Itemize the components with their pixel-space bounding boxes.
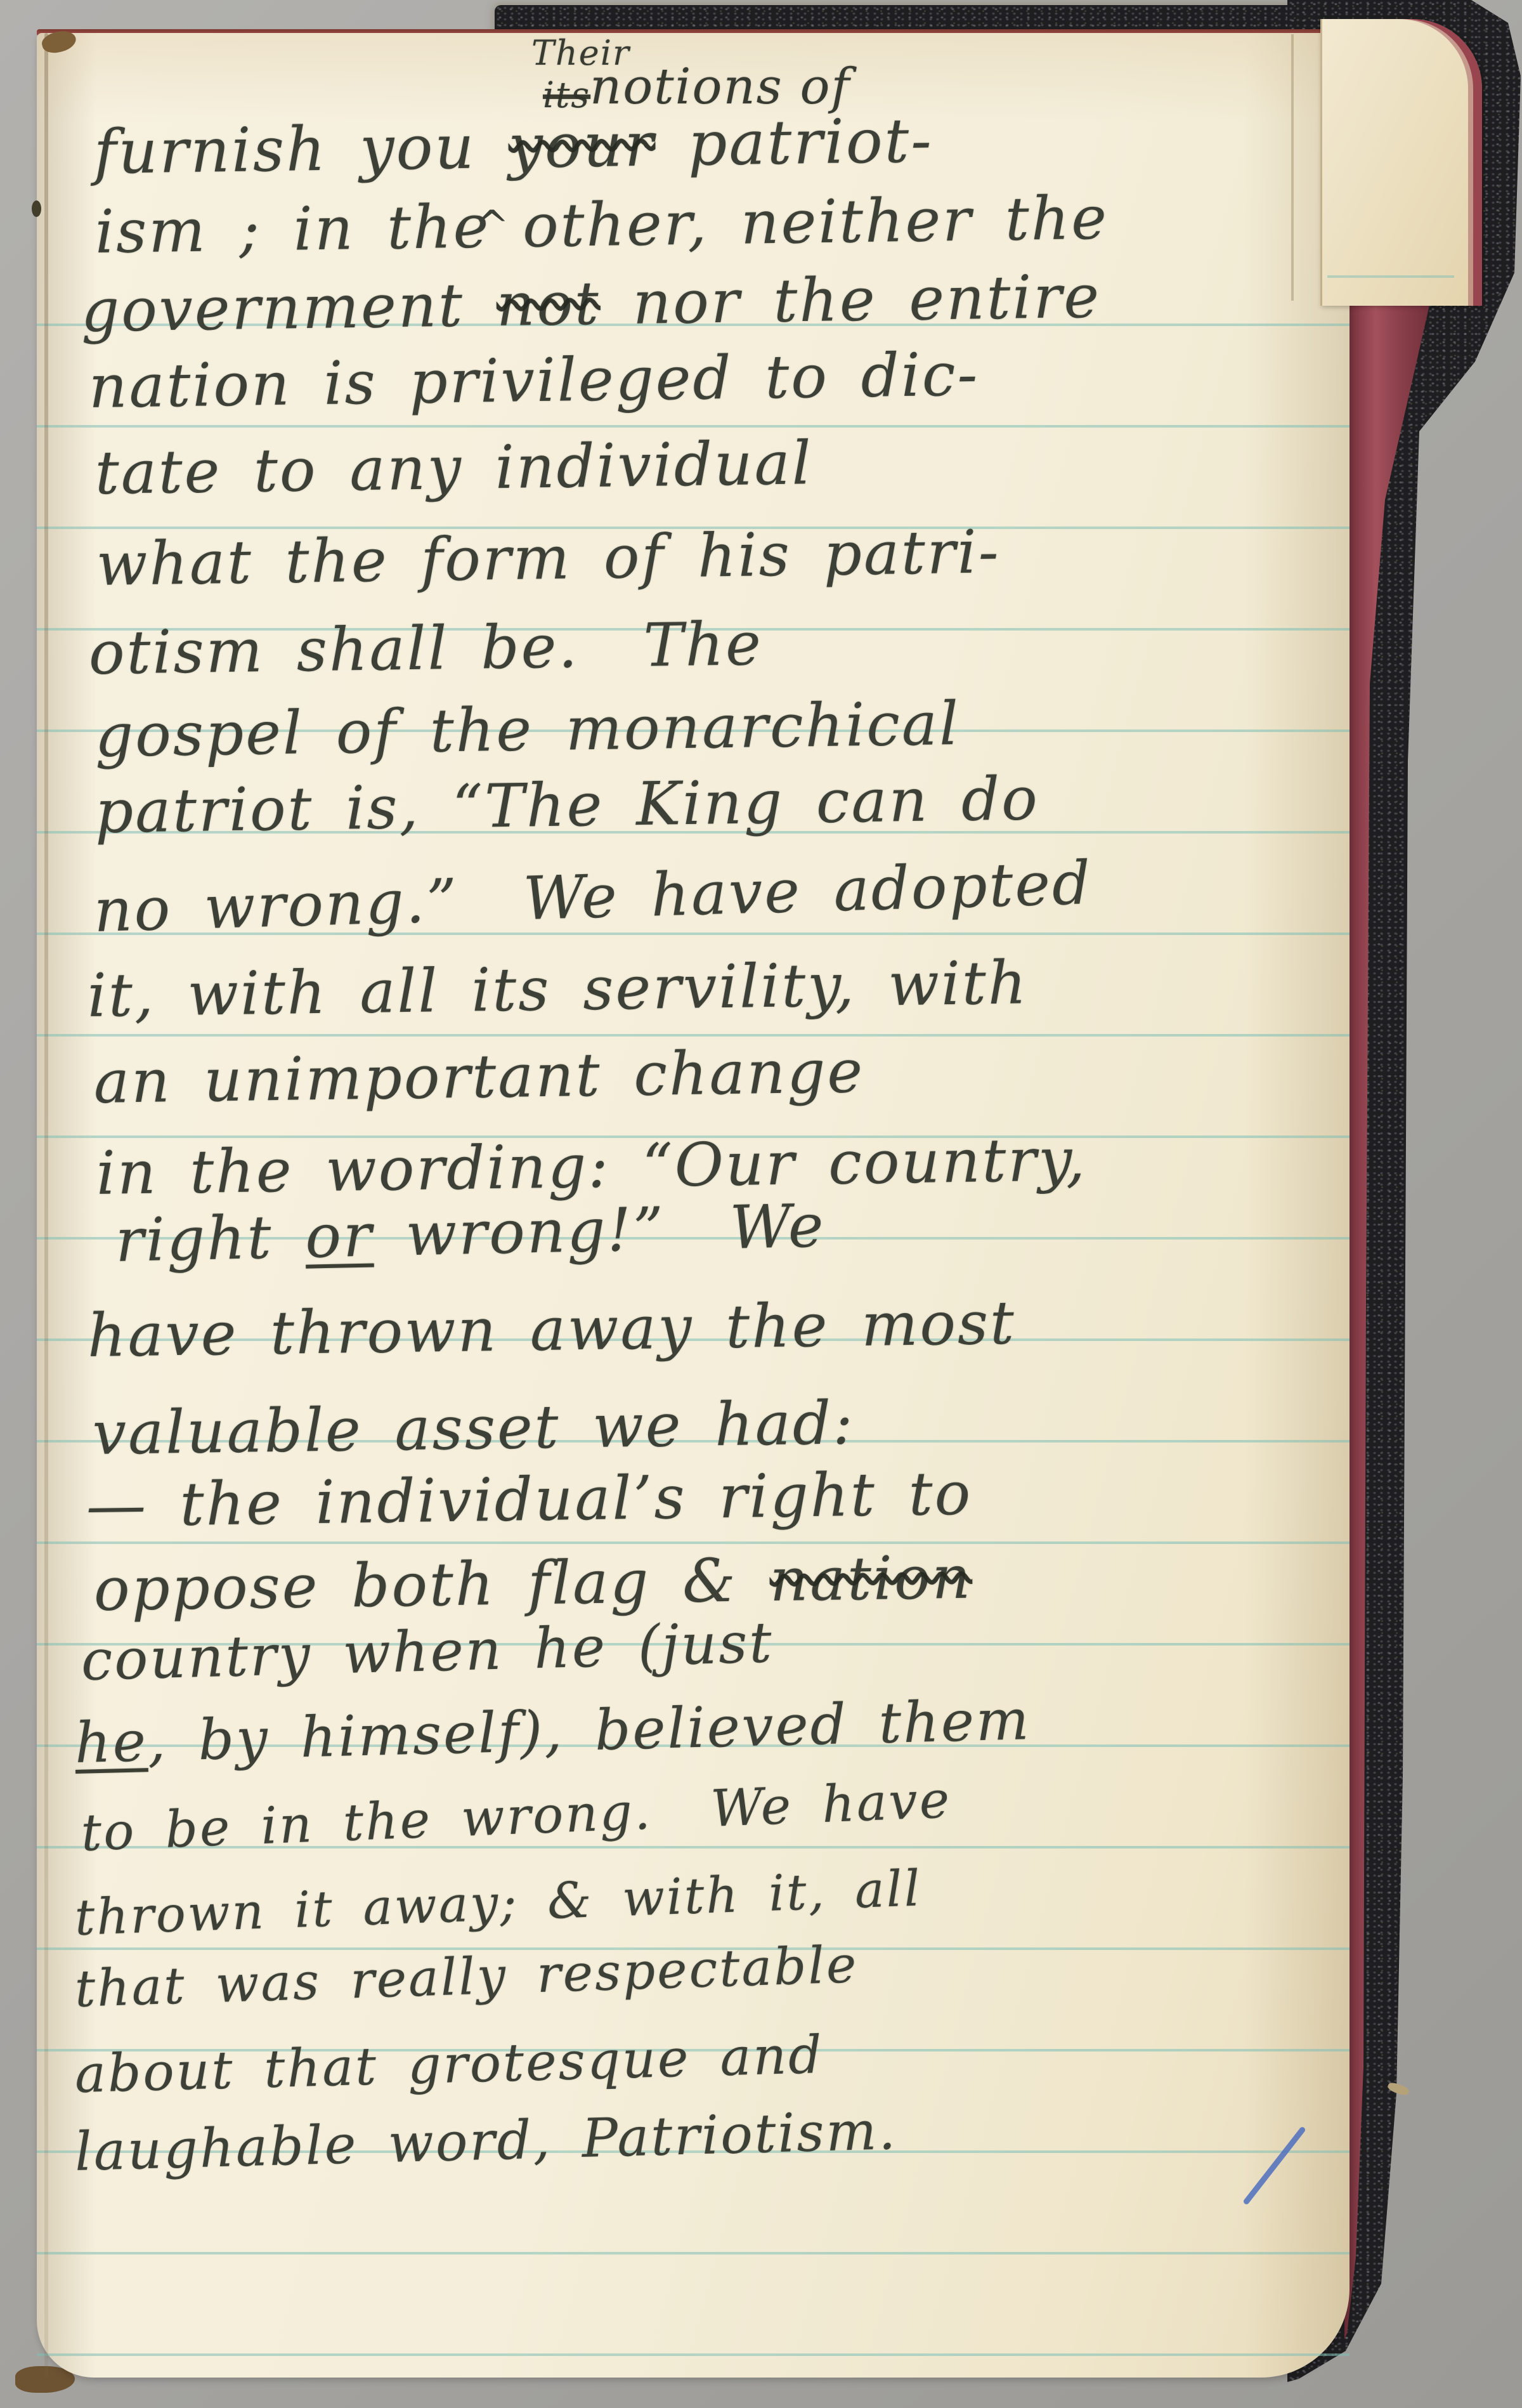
manuscript-line: otism shall be. The bbox=[88, 613, 763, 686]
manuscript-text: furnish you bbox=[93, 111, 509, 188]
manuscript-line: government not nor the entire bbox=[81, 266, 1101, 343]
manuscript-line: tate to any individual bbox=[94, 433, 813, 505]
manuscript-text: have thrown away the most bbox=[87, 1289, 1016, 1371]
manuscript-strike-heavy-word: your bbox=[508, 109, 656, 182]
next-leaf-ruled-line bbox=[1327, 275, 1454, 278]
manuscript-line: oppose both flag & nation bbox=[93, 1547, 973, 1622]
manuscript-text: valuable asset we had: bbox=[92, 1389, 855, 1469]
manuscript-line: an unimportant change bbox=[93, 1041, 864, 1115]
manuscript-line: gospel of the monarchical bbox=[94, 693, 960, 768]
next-leaf-corner bbox=[1320, 19, 1482, 306]
manuscript-line: have thrown away the most bbox=[87, 1293, 1016, 1368]
manuscript-text: right bbox=[115, 1203, 306, 1276]
manuscript-text: wrong!” We bbox=[373, 1192, 826, 1271]
manuscript-line: patriot is, “The King can do bbox=[94, 768, 1039, 844]
torn-edge-crease bbox=[1291, 34, 1294, 301]
manuscript-text: otism shall be. The bbox=[88, 610, 763, 688]
gutter-crease bbox=[44, 33, 48, 2378]
manuscript-text: ism ; in the other, neither the bbox=[94, 184, 1109, 267]
manuscript-line: — the individual’s right to bbox=[86, 1463, 973, 1538]
manuscript-line: nation is privileged to dic- bbox=[88, 344, 980, 419]
manuscript-text: tate to any individual bbox=[94, 429, 813, 508]
manuscript-line: it, with all its servility, with bbox=[87, 952, 1029, 1028]
manuscript-line: right or wrong!” We bbox=[115, 1196, 826, 1273]
manuscript-line: ism ; in the other, neither the bbox=[94, 188, 1109, 265]
manuscript-text: gospel of the monarchical bbox=[94, 690, 960, 771]
manuscript-line: what the form of his patri- bbox=[96, 521, 1001, 597]
manuscript-text: — the individual’s right to bbox=[86, 1459, 973, 1540]
manuscript-text: an unimportant change bbox=[93, 1037, 864, 1117]
manuscript-line: valuable asset we had: bbox=[92, 1392, 855, 1465]
manuscript-text: nor the entire bbox=[600, 263, 1102, 339]
manuscript-text: nation is privileged to dic- bbox=[88, 340, 980, 422]
manuscript-text: government bbox=[81, 271, 497, 346]
manuscript-text: patriot is, “The King can do bbox=[94, 764, 1039, 847]
manuscript-line: furnish you your patriot- bbox=[93, 109, 933, 185]
manuscript-text: patriot- bbox=[655, 105, 934, 180]
manuscript-text: what the form of his patri- bbox=[96, 518, 1001, 599]
manuscript-strike-heavy-word: nation bbox=[769, 1543, 973, 1615]
manuscript-line: in the wording: “Our country, bbox=[96, 1129, 1087, 1205]
manuscript-text: it, with all its servility, with bbox=[87, 948, 1029, 1031]
manuscript-underline-word: or bbox=[304, 1201, 374, 1271]
paper-speck bbox=[32, 200, 41, 217]
manuscript-underline-word: he bbox=[74, 1708, 148, 1776]
manuscript-strike-heavy-word: not bbox=[496, 270, 601, 340]
